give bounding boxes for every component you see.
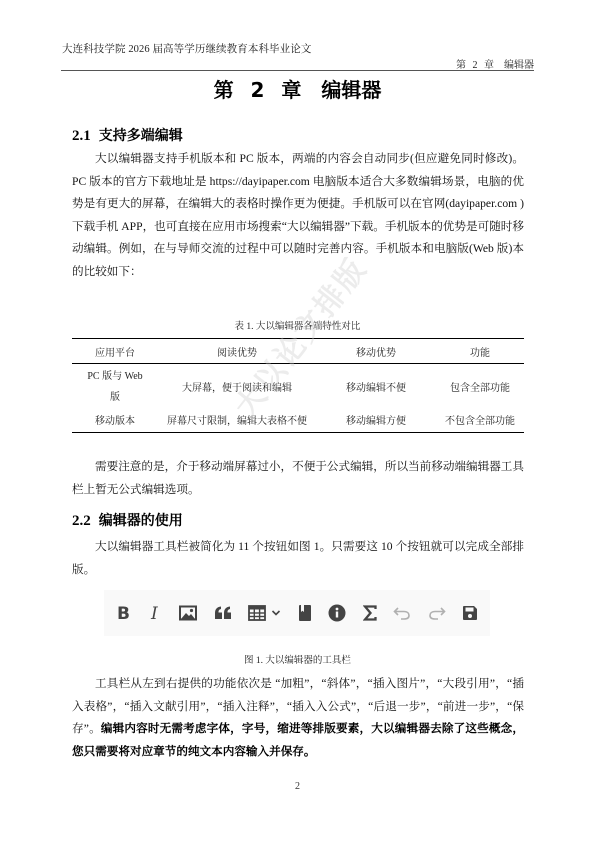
italic-button[interactable]: I [149, 602, 163, 624]
section-title-text: 支持多端编辑 [99, 128, 183, 144]
quote-icon [214, 606, 232, 620]
table-icon [248, 605, 266, 621]
table-header-row: 应用平台 阅读优势 移动优势 功能 [72, 339, 524, 364]
section-number: 2.2 [72, 513, 91, 529]
running-header-right: 第 2 章 编辑器 [456, 56, 534, 71]
chevron-down-icon [271, 609, 281, 617]
section-title-text: 编辑器的使用 [99, 513, 183, 529]
svg-text:B: B [117, 604, 130, 622]
body-paragraph: 大以编辑器支持手机版本和 PC 版本，两端的内容会自动同步(但应避免同时修改)。… [72, 148, 524, 283]
figure-caption: 图 1. 大以编辑器的工具栏 [0, 652, 595, 666]
insert-citation-button[interactable] [298, 602, 312, 624]
section-heading-2-2: 2.2编辑器的使用 [72, 510, 183, 530]
insert-image-button[interactable] [179, 602, 197, 624]
sigma-icon [363, 605, 377, 621]
italic-icon: I [149, 604, 163, 622]
table-cell-mobile: 移动编辑方便 [316, 408, 436, 432]
running-header-left: 大连科技学院 2026 届高等学历继续教育本科毕业论文 [62, 41, 311, 56]
platform-line-2: 版 [72, 387, 158, 408]
page-number: 2 [0, 781, 595, 792]
table-header-cell: 阅读优势 [158, 339, 316, 364]
platform-line-1: PC 版与 Web [72, 366, 158, 387]
table-cell-mobile: 移动编辑不便 [316, 364, 436, 409]
undo-icon [393, 606, 411, 620]
section-number: 2.1 [72, 128, 91, 144]
body-paragraph: 需要注意的是，介于移动端屏幕过小，不便于公式编辑，所以当前移动端编辑器工具栏上暂… [72, 456, 524, 501]
info-icon [328, 604, 346, 622]
table-cell-platform: PC 版与 Web 版 [72, 364, 158, 409]
table-cell-reading: 屏幕尺寸限制，编辑大表格不便 [158, 408, 316, 432]
body-paragraph: 工具栏从左到右提供的功能依次是 “加粗”，“斜体”，“插入图片”，“大段引用”，… [72, 673, 524, 763]
svg-text:I: I [150, 604, 158, 622]
redo-icon [428, 606, 446, 620]
bold-button[interactable]: B [116, 602, 132, 624]
image-icon [179, 605, 197, 621]
insert-note-button[interactable] [328, 602, 346, 624]
table-cell-reading: 大屏幕，便于阅读和编辑 [158, 364, 316, 409]
table-cell-function: 包含全部功能 [436, 364, 524, 409]
document-page: 大连科技学院 2026 届高等学历继续教育本科毕业论文 第 2 章 编辑器 第 … [0, 0, 595, 842]
body-paragraph: 大以编辑器工具栏被简化为 11 个按钮如图 1。只需要这 10 个按钮就可以完成… [72, 536, 524, 581]
table-caption: 表 1. 大以编辑器各端特性对比 [0, 318, 595, 332]
redo-button[interactable] [428, 602, 446, 624]
table-row: 移动版本 屏幕尺寸限制，编辑大表格不便 移动编辑方便 不包含全部功能 [72, 408, 524, 432]
bookmark-book-icon [298, 604, 312, 622]
save-button[interactable] [462, 602, 478, 624]
table-header-cell: 功能 [436, 339, 524, 364]
table-cell-platform: 移动版本 [72, 408, 158, 432]
comparison-table: 应用平台 阅读优势 移动优势 功能 PC 版与 Web 版 大屏幕，便于阅读和编… [72, 338, 524, 433]
undo-button[interactable] [393, 602, 411, 624]
paragraph-bold-text: 编辑内容时无需考虑字体，字号，缩进等排版要素，大以编辑器去除了这些概念，您只需要… [72, 722, 524, 758]
chapter-title: 第 2 章 编辑器 [0, 74, 595, 103]
blockquote-button[interactable] [214, 602, 232, 624]
editor-toolbar-figure: B I [104, 590, 490, 636]
table-cell-function: 不包含全部功能 [436, 408, 524, 432]
section-heading-2-1: 2.1支持多端编辑 [72, 125, 183, 145]
insert-table-button[interactable] [248, 602, 281, 624]
bold-icon: B [116, 604, 132, 622]
table-row: PC 版与 Web 版 大屏幕，便于阅读和编辑 移动编辑不便 包含全部功能 [72, 364, 524, 409]
insert-formula-button[interactable] [363, 602, 377, 624]
save-icon [462, 605, 478, 621]
table-header-cell: 应用平台 [72, 339, 158, 364]
table-header-cell: 移动优势 [316, 339, 436, 364]
header-rule [61, 70, 534, 71]
